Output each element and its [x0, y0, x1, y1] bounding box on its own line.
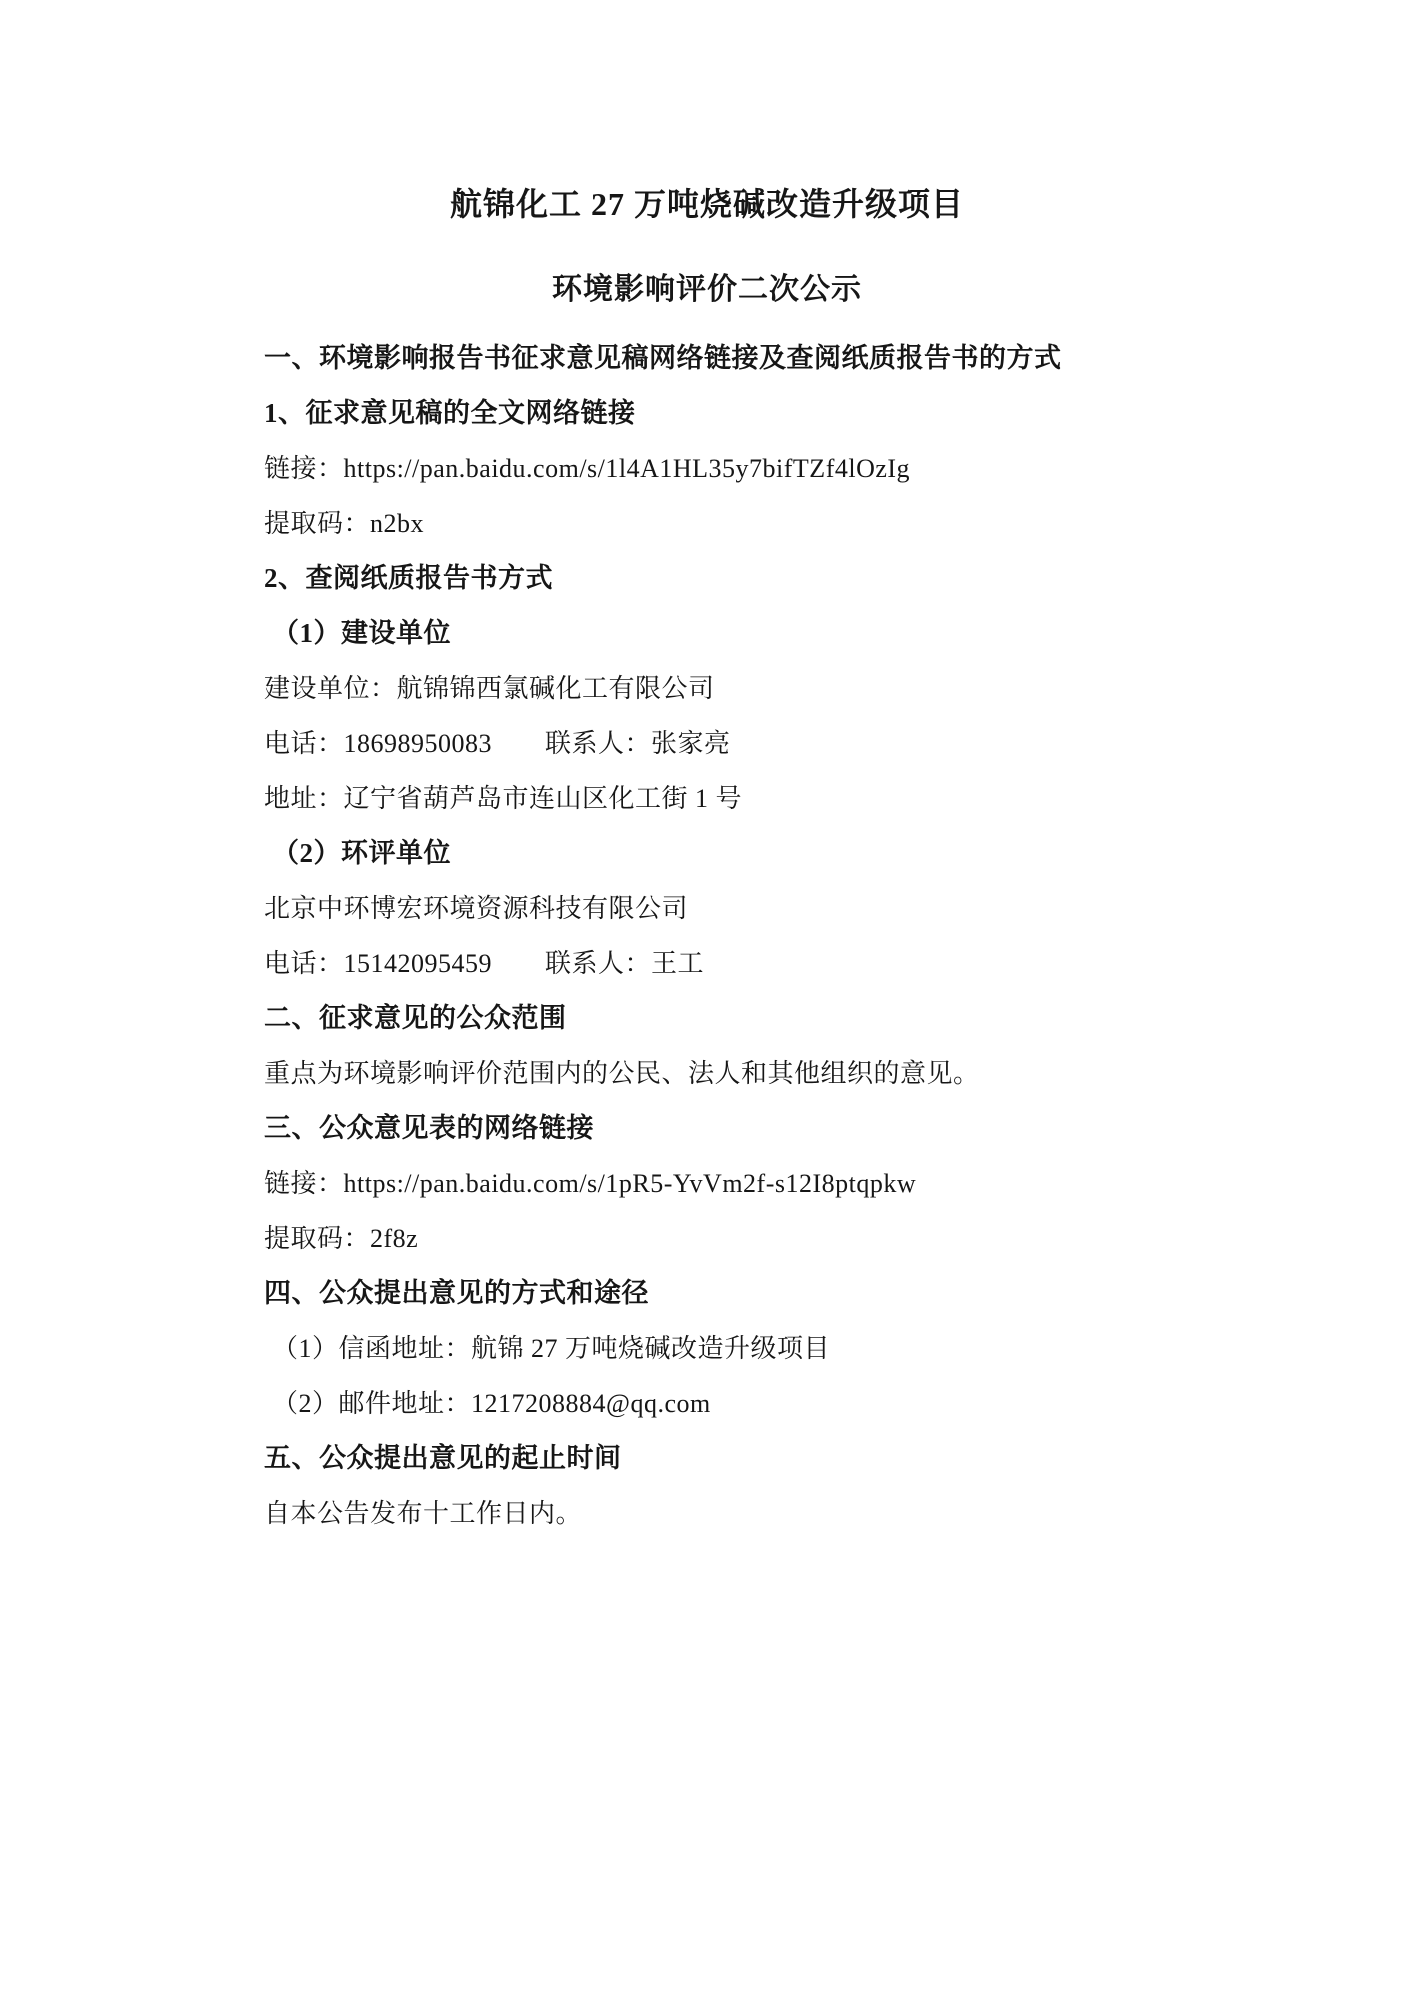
report-link-label: 链接： [264, 454, 344, 483]
title-block: 航锦化工 27 万吨烧碱改造升级项目 环境影响评价二次公示 [264, 186, 1150, 307]
eia-unit-heading: （2）环评单位 [264, 826, 1150, 881]
section-2-heading: 二、征求意见的公众范围 [264, 991, 1150, 1046]
section-3-heading: 三、公众意见表的网络链接 [264, 1101, 1150, 1156]
section-1-2-heading: 2、查阅纸质报告书方式 [264, 551, 1150, 606]
section-5-heading: 五、公众提出意见的起止时间 [264, 1431, 1150, 1486]
document-page: 航锦化工 27 万吨烧碱改造升级项目 环境影响评价二次公示 一、环境影响报告书征… [0, 0, 1414, 2000]
eia-unit-phone: 电话：15142095459 联系人：王工 [264, 936, 1150, 991]
opinion-form-code-line: 提取码：2f8z [264, 1211, 1150, 1266]
eia-unit-name: 北京中环博宏环境资源科技有限公司 [264, 881, 1150, 936]
section-5-body: 自本公告发布十工作日内。 [264, 1486, 1150, 1541]
opinion-form-code-label: 提取码： [264, 1224, 370, 1253]
section-1-1-heading: 1、征求意见稿的全文网络链接 [264, 386, 1150, 441]
doc-title: 航锦化工 27 万吨烧碱改造升级项目 [264, 186, 1150, 223]
section-2-body: 重点为环境影响评价范围内的公民、法人和其他组织的意见。 [264, 1046, 1150, 1101]
report-code-label: 提取码： [264, 509, 370, 538]
report-code-line: 提取码：n2bx [264, 496, 1150, 551]
document-content: 航锦化工 27 万吨烧碱改造升级项目 环境影响评价二次公示 一、环境影响报告书征… [0, 0, 1414, 1541]
doc-subtitle: 环境影响评价二次公示 [264, 273, 1150, 308]
opinion-form-link-url: https://pan.baidu.com/s/1pR5-YvVm2f-s12I… [344, 1169, 917, 1198]
section-4-heading: 四、公众提出意见的方式和途径 [264, 1266, 1150, 1321]
opinion-form-code-value: 2f8z [370, 1224, 418, 1253]
construction-unit-address: 地址：辽宁省葫芦岛市连山区化工街 1 号 [264, 771, 1150, 826]
construction-unit-heading: （1）建设单位 [264, 606, 1150, 661]
opinion-form-link-label: 链接： [264, 1169, 344, 1198]
construction-unit-phone: 电话：18698950083 联系人：张家亮 [264, 716, 1150, 771]
report-link-url: https://pan.baidu.com/s/1l4A1HL35y7bifTZ… [344, 454, 911, 483]
opinion-form-link-line: 链接：https://pan.baidu.com/s/1pR5-YvVm2f-s… [264, 1156, 1150, 1211]
construction-unit-name: 建设单位：航锦锦西氯碱化工有限公司 [264, 661, 1150, 716]
mail-address-item: （1）信函地址：航锦 27 万吨烧碱改造升级项目 [264, 1321, 1150, 1376]
email-address-item: （2）邮件地址：1217208884@qq.com [264, 1376, 1150, 1431]
report-link-line: 链接：https://pan.baidu.com/s/1l4A1HL35y7bi… [264, 441, 1150, 496]
section-1-heading: 一、环境影响报告书征求意见稿网络链接及查阅纸质报告书的方式 [264, 331, 1150, 386]
document-body: 一、环境影响报告书征求意见稿网络链接及查阅纸质报告书的方式 1、征求意见稿的全文… [264, 331, 1150, 1541]
report-code-value: n2bx [370, 509, 424, 538]
